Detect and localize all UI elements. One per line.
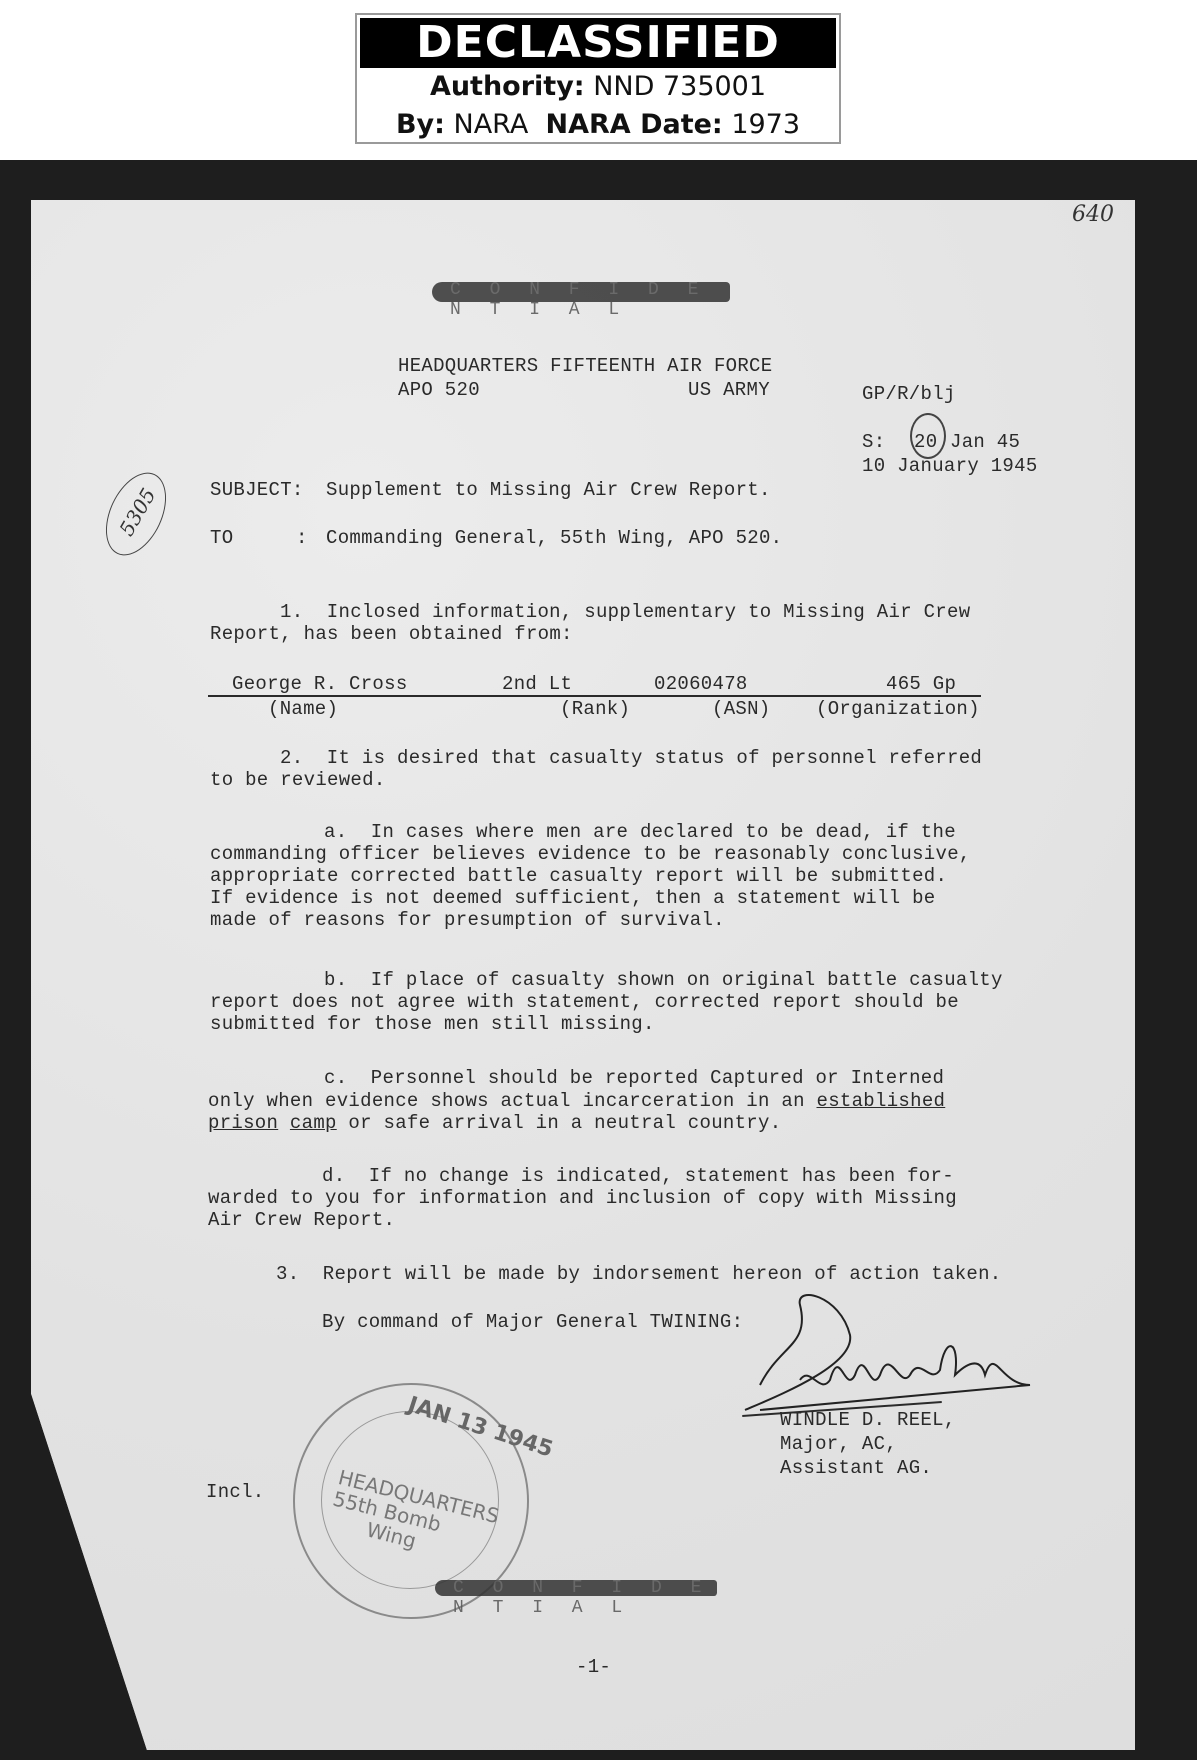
para2c-line1: c. Personnel should be reported Captured…	[324, 1066, 944, 1090]
para2c-line2: only when evidence shows actual incarcer…	[208, 1089, 945, 1113]
rank-label: (Rank)	[560, 697, 630, 721]
para2c-line2-text: only when evidence shows actual incarcer…	[208, 1090, 817, 1112]
command-line: By command of Major General TWINING:	[322, 1310, 743, 1334]
para2b-line2: report does not agree with statement, co…	[210, 990, 959, 1014]
classification-bottom-text: C O N F I D E N T I A L	[453, 1578, 717, 1618]
date-label: NARA Date:	[546, 109, 723, 140]
person-rank: 2nd Lt	[502, 672, 572, 696]
para2-line1: 2. It is desired that casualty status of…	[280, 746, 982, 770]
para2d-line2: warded to you for information and inclus…	[208, 1186, 957, 1210]
para2-line2: to be reviewed.	[210, 768, 386, 792]
reference-code: GP/R/blj	[862, 382, 956, 406]
scanned-page-frame	[0, 160, 1197, 1760]
handwritten-page-number: 640	[1072, 202, 1114, 227]
date-value: 1973	[731, 109, 800, 140]
para2a-line3: appropriate corrected battle casualty re…	[210, 864, 947, 888]
by-label: By:	[396, 109, 445, 140]
banner-authority: Authority: NND 735001	[357, 68, 839, 106]
subject-label: SUBJECT:	[210, 478, 304, 502]
underlined-established: established	[817, 1090, 946, 1112]
para2a-line5: made of reasons for presumption of survi…	[210, 908, 725, 932]
para2b-line3: submitted for those men still missing.	[210, 1012, 655, 1036]
underlined-camp: camp	[290, 1112, 337, 1134]
para2b-line1: b. If place of casualty shown on origina…	[324, 968, 1003, 992]
classification-top-text: C O N F I D E N T I A L	[450, 280, 730, 320]
asn-label: (ASN)	[712, 697, 771, 721]
subject-text: Supplement to Missing Air Crew Report.	[326, 478, 771, 502]
para2c-line3: prison camp or safe arrival in a neutral…	[208, 1111, 781, 1135]
authority-label: Authority:	[430, 71, 585, 102]
signatory-name: WINDLE D. REEL,	[780, 1408, 956, 1432]
by-value: NARA	[454, 109, 529, 140]
suspense-label: S:	[862, 430, 885, 454]
organization-label: (Organization)	[816, 697, 980, 721]
para2a-line2: commanding officer believes evidence to …	[210, 842, 971, 866]
classification-bottom-redacted: C O N F I D E N T I A L	[435, 1580, 717, 1596]
inclosure-label: Incl.	[206, 1480, 265, 1504]
signatory-title: Assistant AG.	[780, 1456, 932, 1480]
banner-title: DECLASSIFIED	[360, 18, 836, 68]
para2a-line4: If evidence is not deemed sufficient, th…	[210, 886, 936, 910]
para2c-line3-text: or safe arrival in a neutral country.	[337, 1112, 782, 1134]
underlined-prison: prison	[208, 1112, 278, 1134]
person-asn: 02060478	[654, 672, 748, 696]
letter-date: 10 January 1945	[862, 454, 1038, 478]
declassified-banner: DECLASSIFIED Authority: NND 735001 By: N…	[355, 13, 841, 144]
to-colon: :	[296, 526, 308, 550]
classification-top-redacted: C O N F I D E N T I A L	[432, 282, 730, 302]
signature	[740, 1285, 1040, 1415]
suspense-day: 20	[914, 430, 937, 454]
para3: 3. Report will be made by indorsement he…	[276, 1262, 1002, 1286]
para2d-line3: Air Crew Report.	[208, 1208, 395, 1232]
header-army: US ARMY	[688, 378, 770, 402]
name-label: (Name)	[268, 697, 338, 721]
header-apo: APO 520	[398, 378, 480, 402]
to-recipient: Commanding General, 55th Wing, APO 520.	[326, 526, 782, 550]
para1-line2: Report, has been obtained from:	[210, 622, 573, 646]
header-line1: HEADQUARTERS FIFTEENTH AIR FORCE	[398, 354, 772, 378]
person-organization: 465 Gp	[886, 672, 956, 696]
page-number: -1-	[576, 1655, 611, 1679]
para2a-line1: a. In cases where men are declared to be…	[324, 820, 956, 844]
signatory-rank: Major, AC,	[780, 1432, 897, 1456]
to-label: TO	[210, 526, 233, 550]
banner-by: By: NARA NARA Date: 1973	[357, 106, 839, 144]
authority-value: NND 735001	[593, 71, 766, 102]
suspense-date: Jan 45	[950, 430, 1020, 454]
para1-line1: 1. Inclosed information, supplementary t…	[280, 600, 970, 624]
person-name: George R. Cross	[232, 672, 408, 696]
para2d-line1: d. If no change is indicated, statement …	[322, 1164, 954, 1188]
